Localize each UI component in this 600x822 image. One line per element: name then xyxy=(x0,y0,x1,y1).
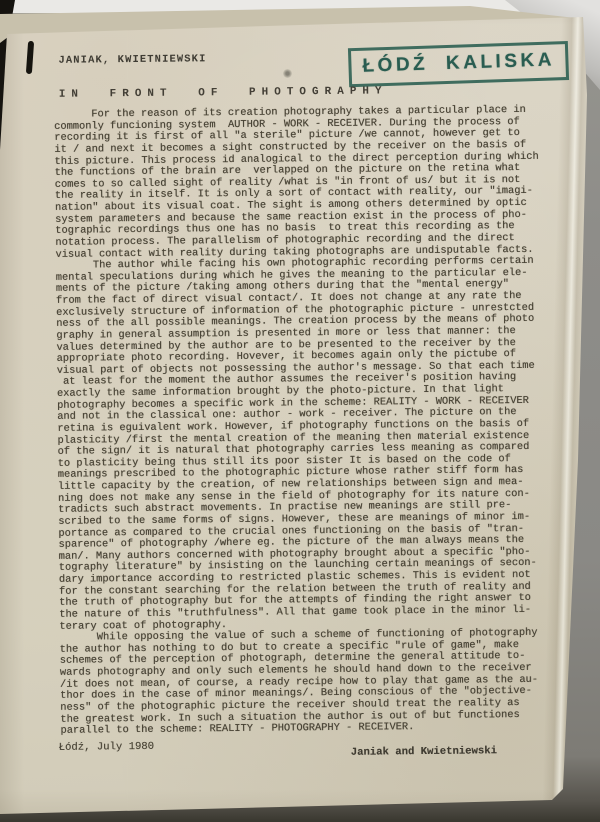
document-body: For the reason of its creation photograp… xyxy=(54,105,566,738)
lodz-kaliska-stamp: ŁÓDŹ KALISKA xyxy=(348,41,570,87)
document-authors: JANIAK, KWIETNIEWSKI xyxy=(58,53,206,67)
typewritten-content: JANIAK, KWIETNIEWSKI ŁÓDŹ KALISKA IN FRO… xyxy=(0,0,600,822)
date-place: Łódź, July 1980 xyxy=(59,741,154,754)
document-page: JANIAK, KWIETNIEWSKI ŁÓDŹ KALISKA IN FRO… xyxy=(0,0,600,822)
document-title: IN FRONT OF PHOTOGRAPHY xyxy=(59,85,388,100)
paragraph: For the reason of its creation photograp… xyxy=(54,105,561,261)
photo-of-document: JANIAK, KWIETNIEWSKI ŁÓDŹ KALISKA IN FRO… xyxy=(0,0,600,822)
paragraph: The author while facing his own photogra… xyxy=(56,256,565,633)
paragraph: While opposing the value of such a schem… xyxy=(59,628,565,738)
signature: Janiak and Kwietniewski xyxy=(351,745,497,759)
